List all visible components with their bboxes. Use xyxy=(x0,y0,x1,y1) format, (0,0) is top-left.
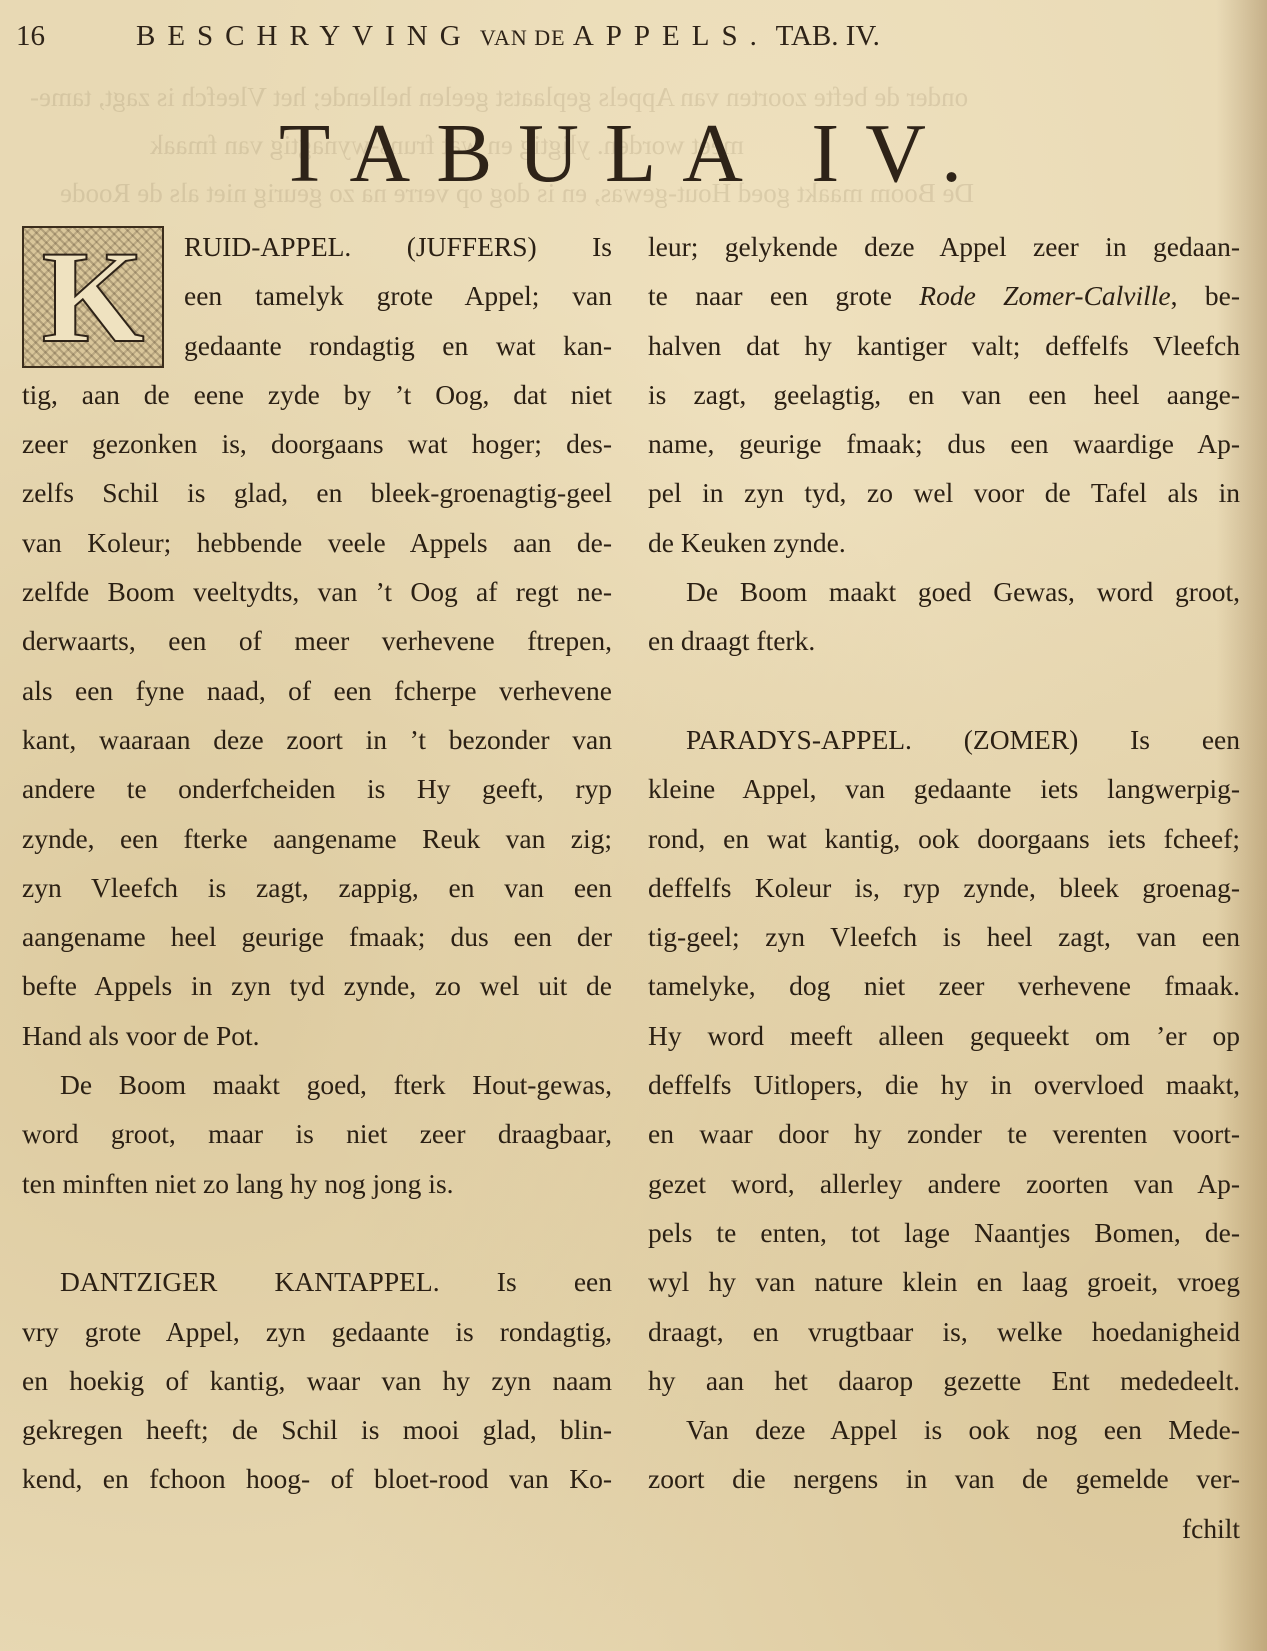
text-line: kant, waaraan deze zoort in ’t bezonder … xyxy=(22,715,612,764)
text-line: de Keuken zynde. xyxy=(648,518,1240,567)
text-line: zelfde Boom veeltydts, van ’t Oog af reg… xyxy=(22,567,612,616)
text-line: tamelyke, dog niet zeer verhevene fmaak. xyxy=(648,961,1240,1010)
running-head: 16 BESCHRYVING VAN DE APPELS. TAB. IV. xyxy=(16,20,1267,60)
section-heading: TABULA IV. xyxy=(0,112,1267,196)
text-line: derwaarts, een of meer verhevene ftrepen… xyxy=(22,616,612,665)
paragraph-gap xyxy=(22,1208,612,1257)
text-line: hy aan het daarop gezette Ent mededeelt. xyxy=(648,1356,1240,1405)
paragraph-gap xyxy=(648,666,1240,715)
text-line: kleine Appel, van gedaante iets langwerp… xyxy=(648,764,1240,813)
text-line: wyl hy van nature klein en laag groeit, … xyxy=(648,1257,1240,1306)
running-title-part1: BESCHRYVING xyxy=(136,20,473,52)
text-line: als een fyne naad, of een fcherpe verhev… xyxy=(22,666,612,715)
text-line: Van deze Appel is ook nog een Mede- xyxy=(648,1405,1240,1454)
text-line: zoort die nergens in van de gemelde ver- xyxy=(648,1454,1240,1503)
text-line: en hoekig of kantig, waar van hy zyn naa… xyxy=(22,1356,612,1405)
text-line: leur; gelykende deze Appel zeer in gedaa… xyxy=(648,222,1240,271)
text-line: befte Appels in zyn tyd zynde, zo wel ui… xyxy=(22,961,612,1010)
text-line: deffelfs Uitlopers, die hy in overvloed … xyxy=(648,1060,1240,1109)
text-line: zeer gezonken is, doorgaans wat hoger; d… xyxy=(22,419,612,468)
text-line: zynde, een fterke aangename Reuk van zig… xyxy=(22,814,612,863)
text-line: name, geurige fmaak; dus een waardige Ap… xyxy=(648,419,1240,468)
text-line: een tamelyk grote Appel; van xyxy=(22,271,612,320)
text-line: ten minften niet zo lang hy nog jong is. xyxy=(22,1159,612,1208)
book-page: onder de befte zoorten van Appels geplaa… xyxy=(0,0,1267,1651)
page-number: 16 xyxy=(16,20,45,53)
text-line: Hy word meeft alleen gequeekt om ’er op xyxy=(648,1011,1240,1060)
text-line: word groot, maar is niet zeer draagbaar, xyxy=(22,1109,612,1158)
text-line: tig-geel; zyn Vleefch is heel zagt, van … xyxy=(648,912,1240,961)
text-line: zelfs Schil is glad, en bleek-groenagtig… xyxy=(22,468,612,517)
text-line: halven dat hy kantiger valt; deffelfs Vl… xyxy=(648,321,1240,370)
text-line: en draagt fterk. xyxy=(648,616,1240,665)
left-column: RUID-APPEL. (JUFFERS) Is een tamelyk gro… xyxy=(22,222,612,1504)
text-line: De Boom maakt goed Gewas, word groot, xyxy=(648,567,1240,616)
catchword: fchilt xyxy=(648,1504,1240,1553)
running-title-part2: VAN DE xyxy=(480,25,566,50)
text-line: deffelfs Koleur is, ryp zynde, bleek gro… xyxy=(648,863,1240,912)
italic-variety-name: Rode Zomer-Calville xyxy=(919,280,1170,311)
text-fragment: te naar een grote xyxy=(648,280,919,311)
text-line: andere te onderfcheiden is Hy geeft, ryp xyxy=(22,764,612,813)
text-line: draagt, en vrugtbaar is, welke hoedanigh… xyxy=(648,1307,1240,1356)
entry-heading-dantziger: DANTZIGER KANTAPPEL. Is een xyxy=(22,1257,612,1306)
text-line: De Boom maakt goed, fterk Hout-gewas, xyxy=(22,1060,612,1109)
text-line: zyn Vleefch is zagt, zappig, en van een xyxy=(22,863,612,912)
text-line: gedaante rondagtig en wat kan- xyxy=(22,321,612,370)
text-line: vry grote Appel, zyn gedaante is rondagt… xyxy=(22,1307,612,1356)
running-title-part3: APPELS. xyxy=(573,20,769,52)
text-line: pel in zyn tyd, zo wel voor de Tafel als… xyxy=(648,468,1240,517)
running-title-part4: TAB. IV. xyxy=(776,20,880,52)
text-line: tig, aan de eene zyde by ’t Oog, dat nie… xyxy=(22,370,612,419)
text-line: Hand als voor de Pot. xyxy=(22,1011,612,1060)
text-line: en waar door hy zonder te verenten voort… xyxy=(648,1109,1240,1158)
text-line: RUID-APPEL. (JUFFERS) Is xyxy=(22,222,612,271)
running-title: BESCHRYVING VAN DE APPELS. TAB. IV. xyxy=(136,20,880,53)
text-line: van Koleur; hebbende veele Appels aan de… xyxy=(22,518,612,567)
text-line: kend, en fchoon hoog- of bloet-rood van … xyxy=(22,1454,612,1503)
right-column: leur; gelykende deze Appel zeer in gedaa… xyxy=(648,222,1240,1553)
text-line: is zagt, geelagtig, en van een heel aang… xyxy=(648,370,1240,419)
text-line: te naar een grote Rode Zomer-Calville, b… xyxy=(648,271,1240,320)
text-line: pels te enten, tot lage Naantjes Bomen, … xyxy=(648,1208,1240,1257)
text-line: gezet word, allerley andere zoorten van … xyxy=(648,1159,1240,1208)
text-fragment: , be- xyxy=(1171,280,1240,311)
entry-heading-paradys: PARADYS-APPEL. (ZOMER) Is een xyxy=(648,715,1240,764)
text-line: aangename heel geurige fmaak; dus een de… xyxy=(22,912,612,961)
text-line: rond, en wat kantig, ook doorgaans iets … xyxy=(648,814,1240,863)
text-line: gekregen heeft; de Schil is mooi glad, b… xyxy=(22,1405,612,1454)
